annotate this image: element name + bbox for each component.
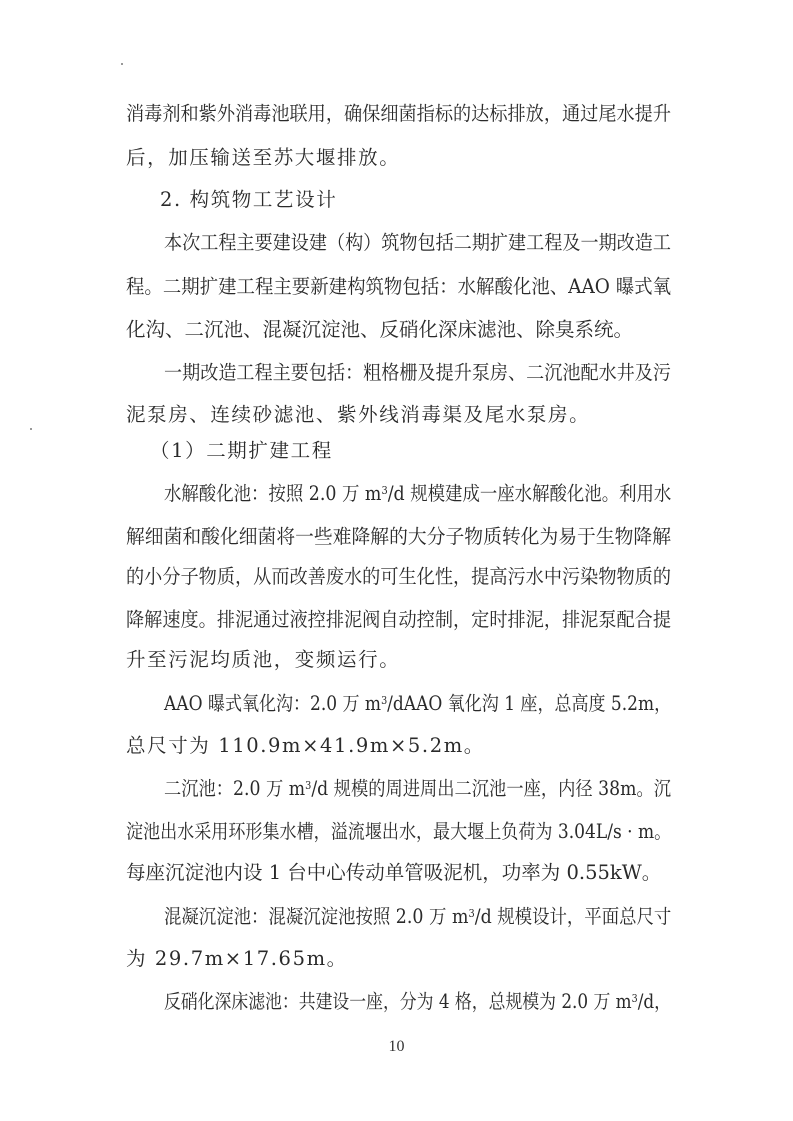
body-line: 混凝沉淀池：混凝沉淀池按照 2.0 万 m3/d 规模设计，平面总尺寸 xyxy=(164,902,671,932)
scan-speck xyxy=(30,428,32,430)
text-segment: /d， xyxy=(638,990,671,1013)
body-line: 二沉池：2.0 万 m3/d 规模的周进周出二沉池一座，内径 38m。沉 xyxy=(164,774,671,804)
text-segment: /d 规模建成一座水解酸化池。利用水 xyxy=(388,482,672,505)
body-line: 反硝化深床滤池：共建设一座，分为 4 格，总规模为 2.0 万 m3/d， xyxy=(164,987,671,1017)
body-line: 后，加压输送至苏大堰排放。 xyxy=(126,143,671,173)
body-line: 解细菌和酸化细菌将一些难降解的大分子物质转化为易于生物降解 xyxy=(126,522,671,552)
body-line: 降解速度。排泥通过液控排泥阀自动控制，定时排泥，排泥泵配合提 xyxy=(126,605,671,635)
text-segment: 反硝化深床滤池：共建设一座，分为 4 格，总规模为 2.0 万 m xyxy=(164,990,632,1013)
text-segment: /d 规模设计，平面总尺寸 xyxy=(475,905,672,928)
page-number: 10 xyxy=(0,1038,793,1056)
scan-speck xyxy=(121,63,123,65)
body-line: 化沟、二沉池、混凝沉淀池、反硝化深床滤池、除臭系统。 xyxy=(126,315,671,345)
body-line: 的小分子物质，从而改善废水的可生化性，提高污水中污染物物质的 xyxy=(126,562,671,592)
body-line: 总尺寸为 110.9m×41.9m×5.2m。 xyxy=(126,731,671,761)
body-line: 一期改造工程主要包括：粗格栅及提升泵房、二沉池配水井及污 xyxy=(164,358,671,388)
text-segment: /d 规模的周进周出二沉池一座，内径 38m。沉 xyxy=(311,777,671,800)
body-line: 泥泵房、连续砂滤池、紫外线消毒渠及尾水泵房。 xyxy=(126,400,671,430)
text-segment: /dAAO 氧化沟 1 座，总高度 5.2m， xyxy=(387,692,671,715)
body-line: AAO 曝式氧化沟：2.0 万 m3/dAAO 氧化沟 1 座，总高度 5.2m… xyxy=(164,689,671,719)
text-segment: 二沉池：2.0 万 m xyxy=(164,777,305,800)
body-line: 淀池出水采用环形集水槽，溢流堰出水，最大堰上负荷为 3.04L/s · m。 xyxy=(126,817,671,847)
body-line: 本次工程主要建设建（构）筑物包括二期扩建工程及一期改造工 xyxy=(164,228,671,258)
subsection-heading: （1）二期扩建工程 xyxy=(150,436,657,466)
text-segment: 水解酸化池：按照 2.0 万 m xyxy=(164,482,381,505)
section-heading: 2. 构筑物工艺设计 xyxy=(160,185,667,215)
text-segment: 混凝沉淀池：混凝沉淀池按照 2.0 万 m xyxy=(164,905,468,928)
body-line: 为 29.7m×17.65m。 xyxy=(126,944,671,974)
body-line: 程。二期扩建工程主要新建构筑物包括：水解酸化池、AAO 曝式氧 xyxy=(126,272,671,302)
text-segment: AAO 曝式氧化沟：2.0 万 m xyxy=(164,692,381,715)
document-page: 消毒剂和紫外消毒池联用，确保细菌指标的达标排放，通过尾水提升 后，加压输送至苏大… xyxy=(0,0,793,1121)
body-line: 消毒剂和紫外消毒池联用，确保细菌指标的达标排放，通过尾水提升 xyxy=(126,99,671,129)
body-line: 升至污泥均质池，变频运行。 xyxy=(126,645,671,675)
body-line: 水解酸化池：按照 2.0 万 m3/d 规模建成一座水解酸化池。利用水 xyxy=(164,479,671,509)
body-line: 每座沉淀池内设 1 台中心传动单管吸泥机，功率为 0.55kW。 xyxy=(126,858,671,888)
